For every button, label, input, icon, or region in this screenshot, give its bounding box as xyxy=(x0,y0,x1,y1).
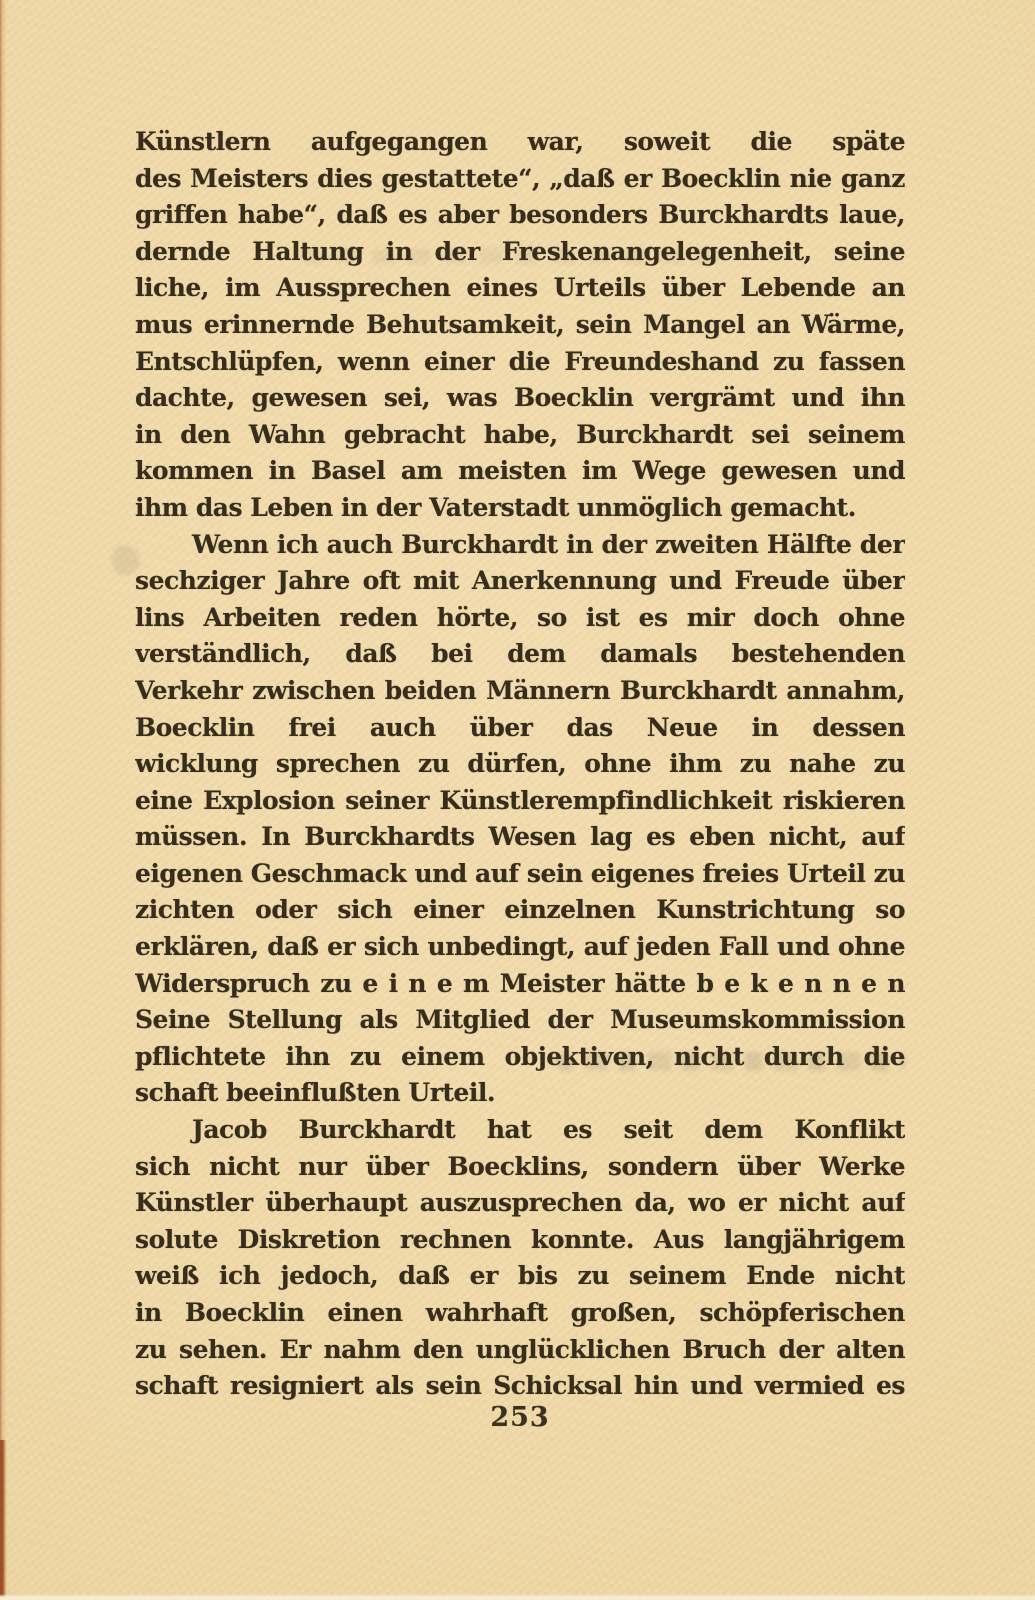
text-line: solute Diskretion rechnen konnte. Aus la… xyxy=(135,1222,905,1259)
text-line: schaft beeinflußten Urteil. xyxy=(135,1075,905,1112)
text-line: ihm das Leben in der Vaterstadt unmöglic… xyxy=(135,490,905,527)
text-block: Künstlern aufgegangen war, soweit die sp… xyxy=(135,124,905,1405)
text-line: Künstler überhaupt auszusprechen da, wo … xyxy=(135,1185,905,1222)
page-edge-left xyxy=(0,0,7,1600)
book-page: Künstlern aufgegangen war, soweit die sp… xyxy=(0,0,1035,1600)
text-line: in den Wahn gebracht habe, Burckhardt se… xyxy=(135,417,905,454)
text-line: Künstlern aufgegangen war, soweit die sp… xyxy=(135,124,905,161)
page-edge-bottom xyxy=(0,1594,1035,1600)
text-line: weiß ich jedoch, daß er bis zu seinem En… xyxy=(135,1258,905,1295)
text-line: zichten oder sich einer einzelnen Kunstr… xyxy=(135,892,905,929)
paragraph: Jacob Burckhardt hat es seit dem Konflik… xyxy=(135,1112,905,1405)
text-line: griffen habe“, daß es aber besonders Bur… xyxy=(135,197,905,234)
page-number: 253 xyxy=(135,1399,905,1437)
text-line: Wenn ich auch Burckhardt in der zweiten … xyxy=(135,527,905,564)
text-line: Entschlüpfen, wenn einer die Freundeshan… xyxy=(135,344,905,381)
paragraph: Künstlern aufgegangen war, soweit die sp… xyxy=(135,124,905,527)
text-line: kommen in Basel am meisten im Wege gewes… xyxy=(135,453,905,490)
text-line: mus erinnernde Behutsamkeit, sein Mangel… xyxy=(135,307,905,344)
text-line: lins Arbeiten reden hörte, so ist es mir… xyxy=(135,600,905,637)
text-line: liche, im Aussprechen eines Urteils über… xyxy=(135,270,905,307)
text-line: in Boecklin einen wahrhaft großen, schöp… xyxy=(135,1295,905,1332)
text-line: erklären, daß er sich unbedingt, auf jed… xyxy=(135,929,905,966)
text-line: sechziger Jahre oft mit Anerkennung und … xyxy=(135,563,905,600)
text-line: zu sehen. Er nahm den unglücklichen Bruc… xyxy=(135,1332,905,1369)
text-line: pflichtete ihn zu einem objektiven, nich… xyxy=(135,1039,905,1076)
text-line: müssen. In Burckhardts Wesen lag es eben… xyxy=(135,819,905,856)
text-line: Jacob Burckhardt hat es seit dem Konflik… xyxy=(135,1112,905,1149)
text-line: sich nicht nur über Boecklins, sondern ü… xyxy=(135,1149,905,1186)
text-line: verständlich, daß bei dem damals bestehe… xyxy=(135,636,905,673)
text-line: Boecklin frei auch über das Neue in dess… xyxy=(135,710,905,747)
text-line: eigenen Geschmack und auf sein eigenes f… xyxy=(135,856,905,893)
text-line: Widerspruch zu e i n e m Meister hätte b… xyxy=(135,966,905,1003)
text-line: wicklung sprechen zu dürfen, ohne ihm zu… xyxy=(135,746,905,783)
text-line: dachte, gewesen sei, was Boecklin vergrä… xyxy=(135,380,905,417)
text-line: eine Explosion seiner Künstlerempfindlic… xyxy=(135,783,905,820)
text-line: Verkehr zwischen beiden Männern Burckhar… xyxy=(135,673,905,710)
paragraph: Wenn ich auch Burckhardt in der zweiten … xyxy=(135,527,905,1113)
text-line: des Meisters dies gestattete“, „daß er B… xyxy=(135,161,905,198)
text-line: dernde Haltung in der Freskenangelegenhe… xyxy=(135,234,905,271)
text-line: Seine Stellung als Mitglied der Museumsk… xyxy=(135,1002,905,1039)
